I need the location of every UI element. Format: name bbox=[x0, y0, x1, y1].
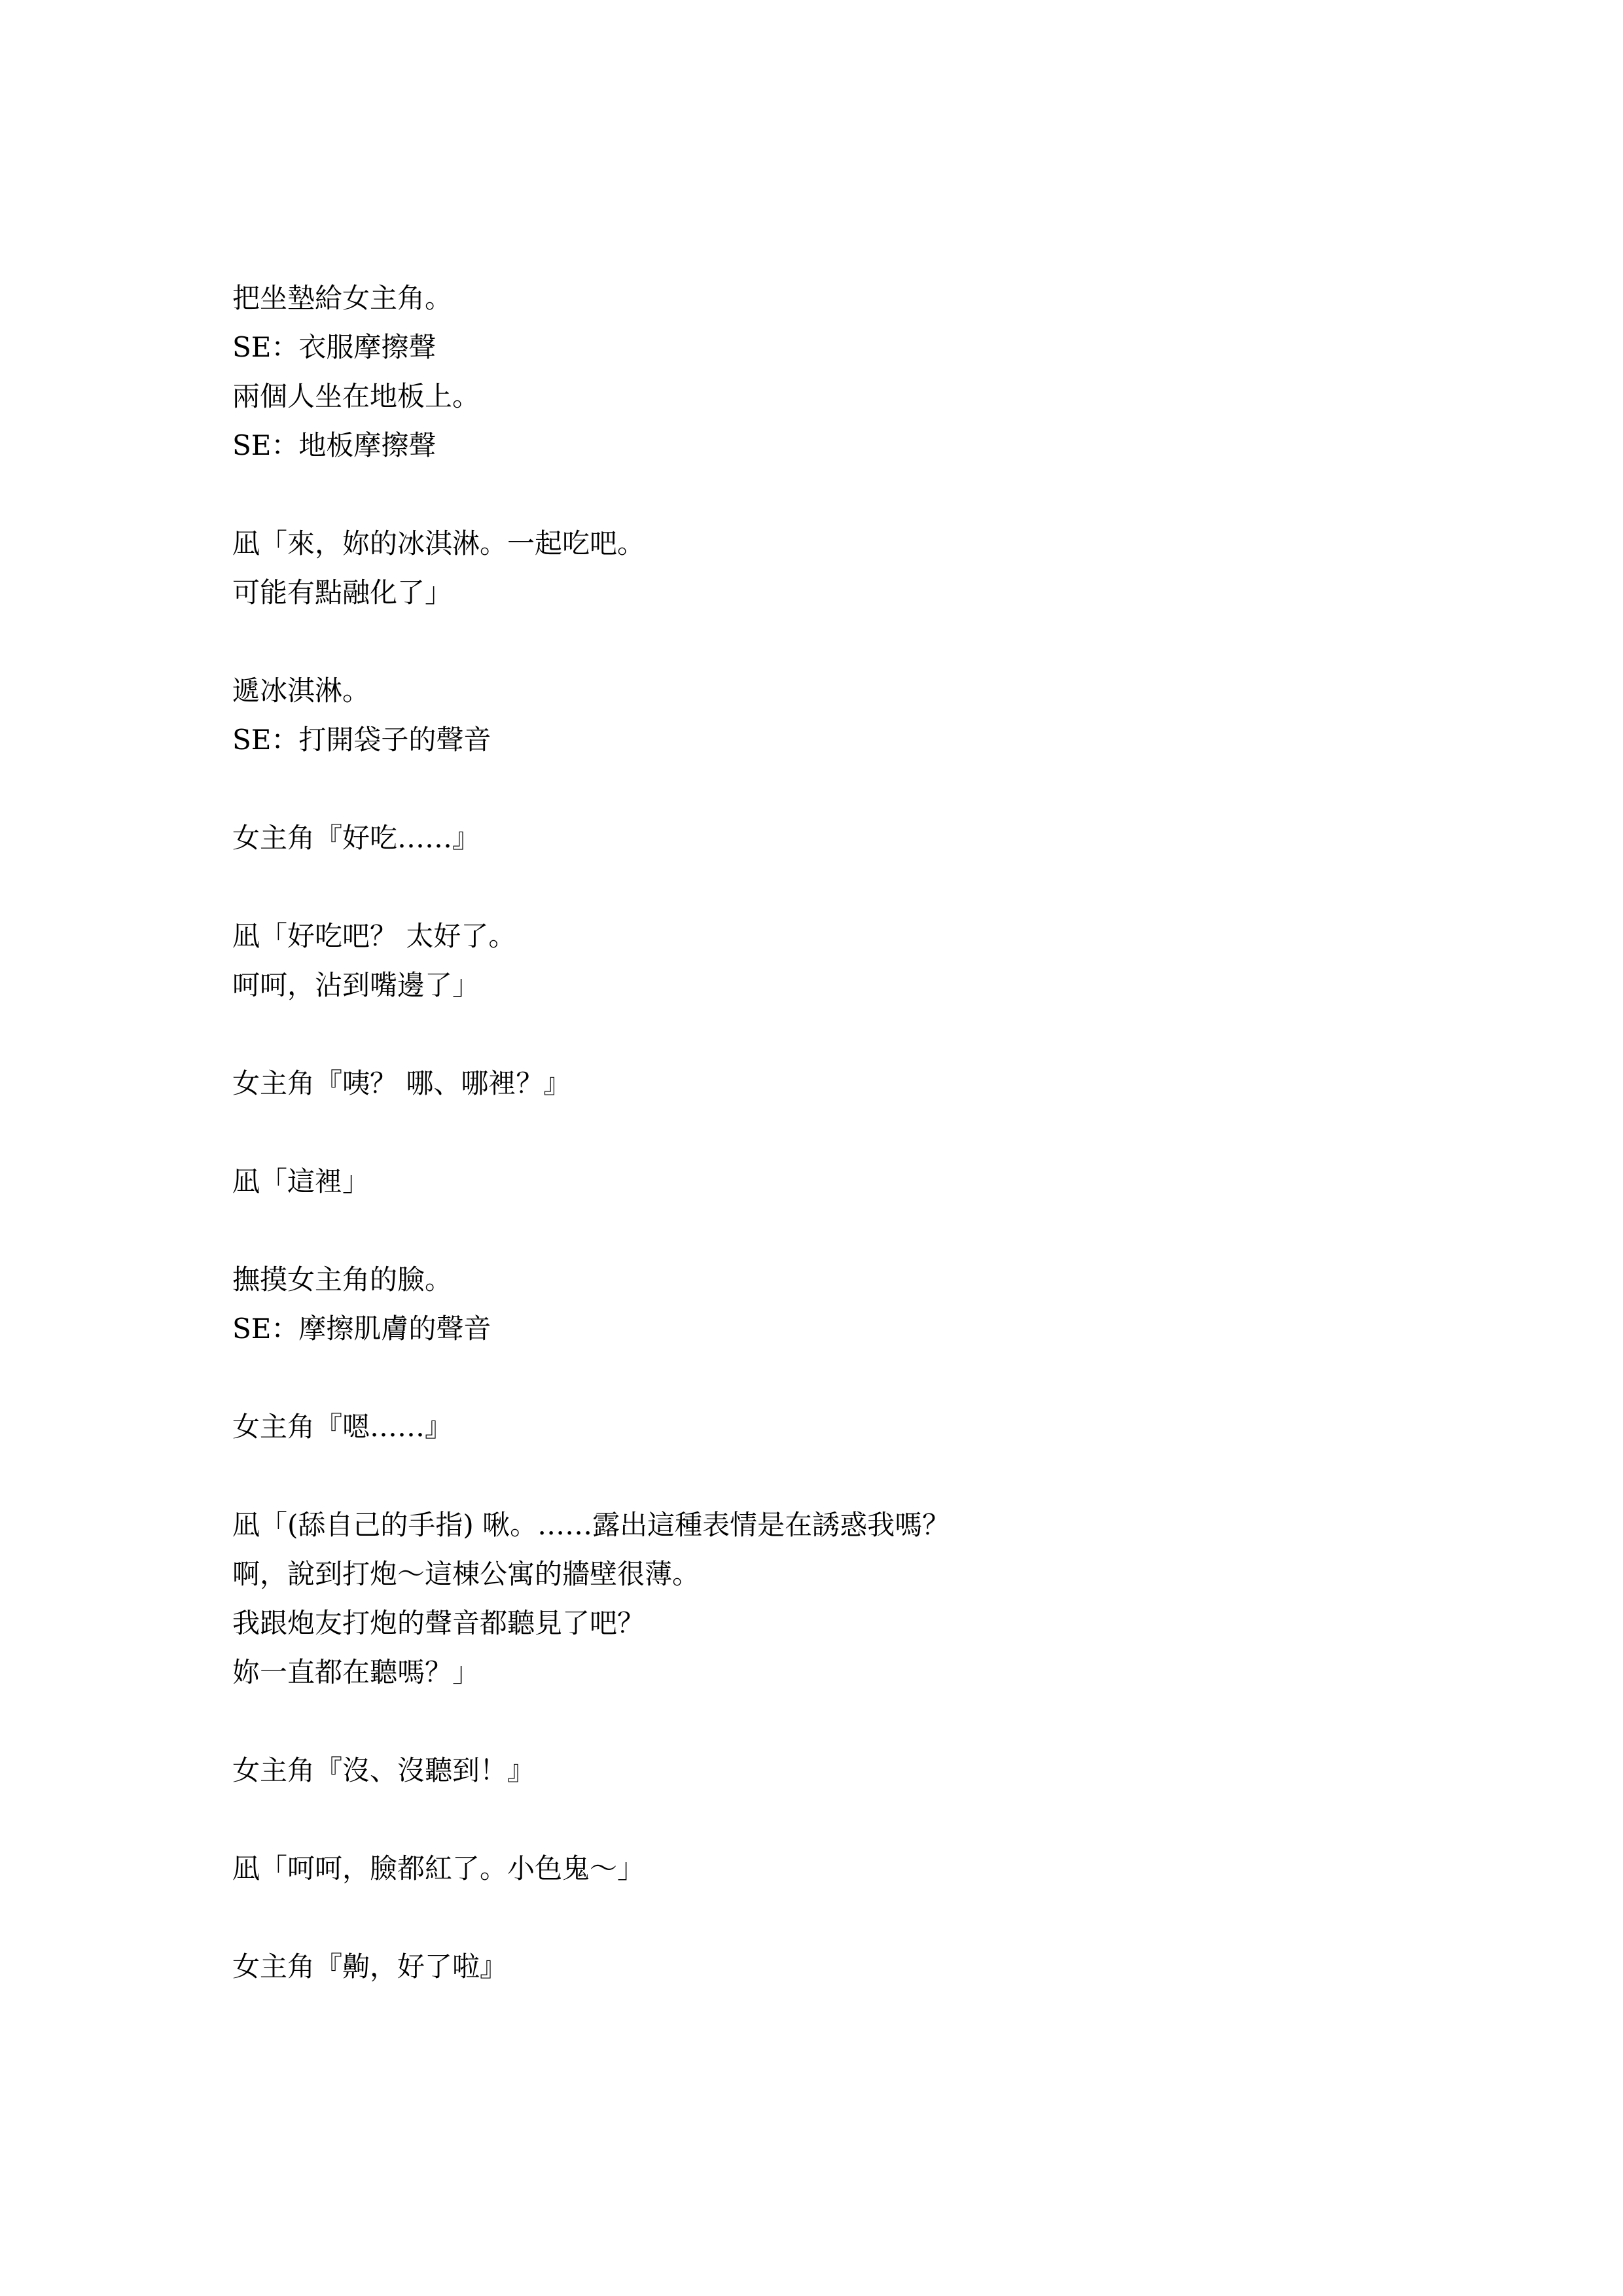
sound-effect-line: SE：摩擦肌膚的聲音 bbox=[232, 1304, 1476, 1353]
blank-line bbox=[232, 1353, 1476, 1402]
blank-line bbox=[232, 617, 1476, 666]
sound-effect-line: SE：地板摩擦聲 bbox=[232, 421, 1476, 470]
blank-line bbox=[232, 1893, 1476, 1942]
dialogue-line-nagi: 凪「好吃吧？ 太好了。 bbox=[232, 911, 1476, 961]
dialogue-line-nagi: 我跟炮友打炮的聲音都聽見了吧？ bbox=[232, 1598, 1476, 1648]
blank-line bbox=[232, 470, 1476, 519]
blank-line bbox=[232, 1206, 1476, 1255]
blank-line bbox=[232, 1010, 1476, 1059]
blank-line bbox=[232, 1108, 1476, 1157]
blank-line bbox=[232, 764, 1476, 813]
dialogue-line-nagi: 妳一直都在聽嗎？」 bbox=[232, 1648, 1476, 1697]
document-page: 把坐墊給女主角。 SE：衣服摩擦聲 兩個人坐在地板上。 SE：地板摩擦聲 凪「來… bbox=[0, 0, 1623, 2296]
dialogue-line-heroine: 女主角『齁，好了啦』 bbox=[232, 1942, 1476, 1991]
dialogue-line-nagi: 可能有點融化了」 bbox=[232, 568, 1476, 617]
blank-line bbox=[232, 1697, 1476, 1746]
dialogue-line-heroine: 女主角『沒、沒聽到！』 bbox=[232, 1746, 1476, 1795]
stage-direction: 撫摸女主角的臉。 bbox=[232, 1255, 1476, 1304]
dialogue-line-nagi: 凪「這裡」 bbox=[232, 1157, 1476, 1206]
stage-direction: 遞冰淇淋。 bbox=[232, 666, 1476, 715]
dialogue-line-nagi: 啊，說到打炮～這棟公寓的牆壁很薄。 bbox=[232, 1549, 1476, 1598]
dialogue-line-nagi: 凪「呵呵，臉都紅了。小色鬼～」 bbox=[232, 1844, 1476, 1893]
blank-line bbox=[232, 862, 1476, 911]
dialogue-line-heroine: 女主角『嗯……』 bbox=[232, 1402, 1476, 1451]
stage-direction: 把坐墊給女主角。 bbox=[232, 274, 1476, 323]
blank-line bbox=[232, 1795, 1476, 1844]
script-text-body: 把坐墊給女主角。 SE：衣服摩擦聲 兩個人坐在地板上。 SE：地板摩擦聲 凪「來… bbox=[232, 274, 1476, 1991]
stage-direction: 兩個人坐在地板上。 bbox=[232, 372, 1476, 421]
dialogue-line-heroine: 女主角『咦？ 哪、哪裡？』 bbox=[232, 1059, 1476, 1108]
dialogue-line-nagi: 呵呵，沾到嘴邊了」 bbox=[232, 961, 1476, 1010]
sound-effect-line: SE：衣服摩擦聲 bbox=[232, 323, 1476, 372]
dialogue-line-nagi: 凪「來，妳的冰淇淋。一起吃吧。 bbox=[232, 519, 1476, 568]
blank-line bbox=[232, 1451, 1476, 1500]
dialogue-line-nagi: 凪「(舔自己的手指) 啾。……露出這種表情是在誘惑我嗎？ bbox=[232, 1500, 1476, 1549]
dialogue-line-heroine: 女主角『好吃……』 bbox=[232, 813, 1476, 862]
sound-effect-line: SE：打開袋子的聲音 bbox=[232, 715, 1476, 764]
